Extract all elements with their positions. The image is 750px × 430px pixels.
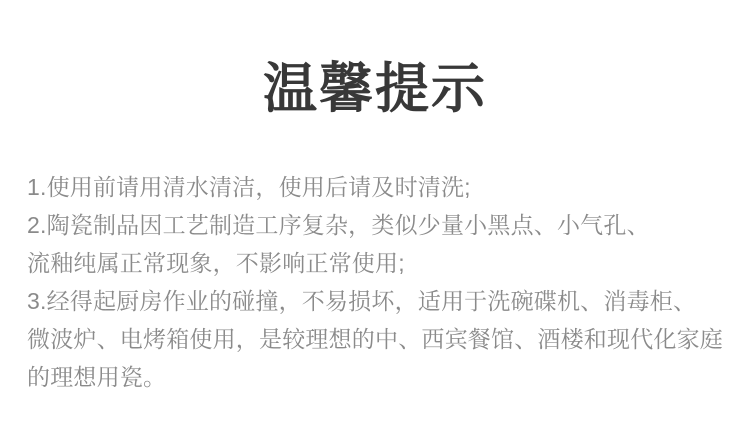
tip-3-line-3: 的理想用瓷。 xyxy=(27,358,730,396)
tip-2-line-2: 流釉纯属正常现象，不影响正常使用; xyxy=(27,244,730,282)
tip-1-line-1: 1.使用前请用清水清洁，使用后请及时清洗; xyxy=(27,168,730,206)
tips-text-block: 1.使用前请用清水清洁，使用后请及时清洗; 2.陶瓷制品因工艺制造工序复杂，类似… xyxy=(0,168,750,396)
tip-3-line-1: 3.经得起厨房作业的碰撞，不易损坏，适用于洗碗碟机、消毒柜、 xyxy=(27,282,730,320)
reminder-page: 温馨提示 1.使用前请用清水清洁，使用后请及时清洗; 2.陶瓷制品因工艺制造工序… xyxy=(0,0,750,430)
tip-3-line-2: 微波炉、电烤箱使用，是较理想的中、西宾餐馆、酒楼和现代化家庭 xyxy=(27,320,730,358)
tip-2-line-1: 2.陶瓷制品因工艺制造工序复杂，类似少量小黑点、小气孔、 xyxy=(27,206,730,244)
page-title: 温馨提示 xyxy=(0,0,750,122)
